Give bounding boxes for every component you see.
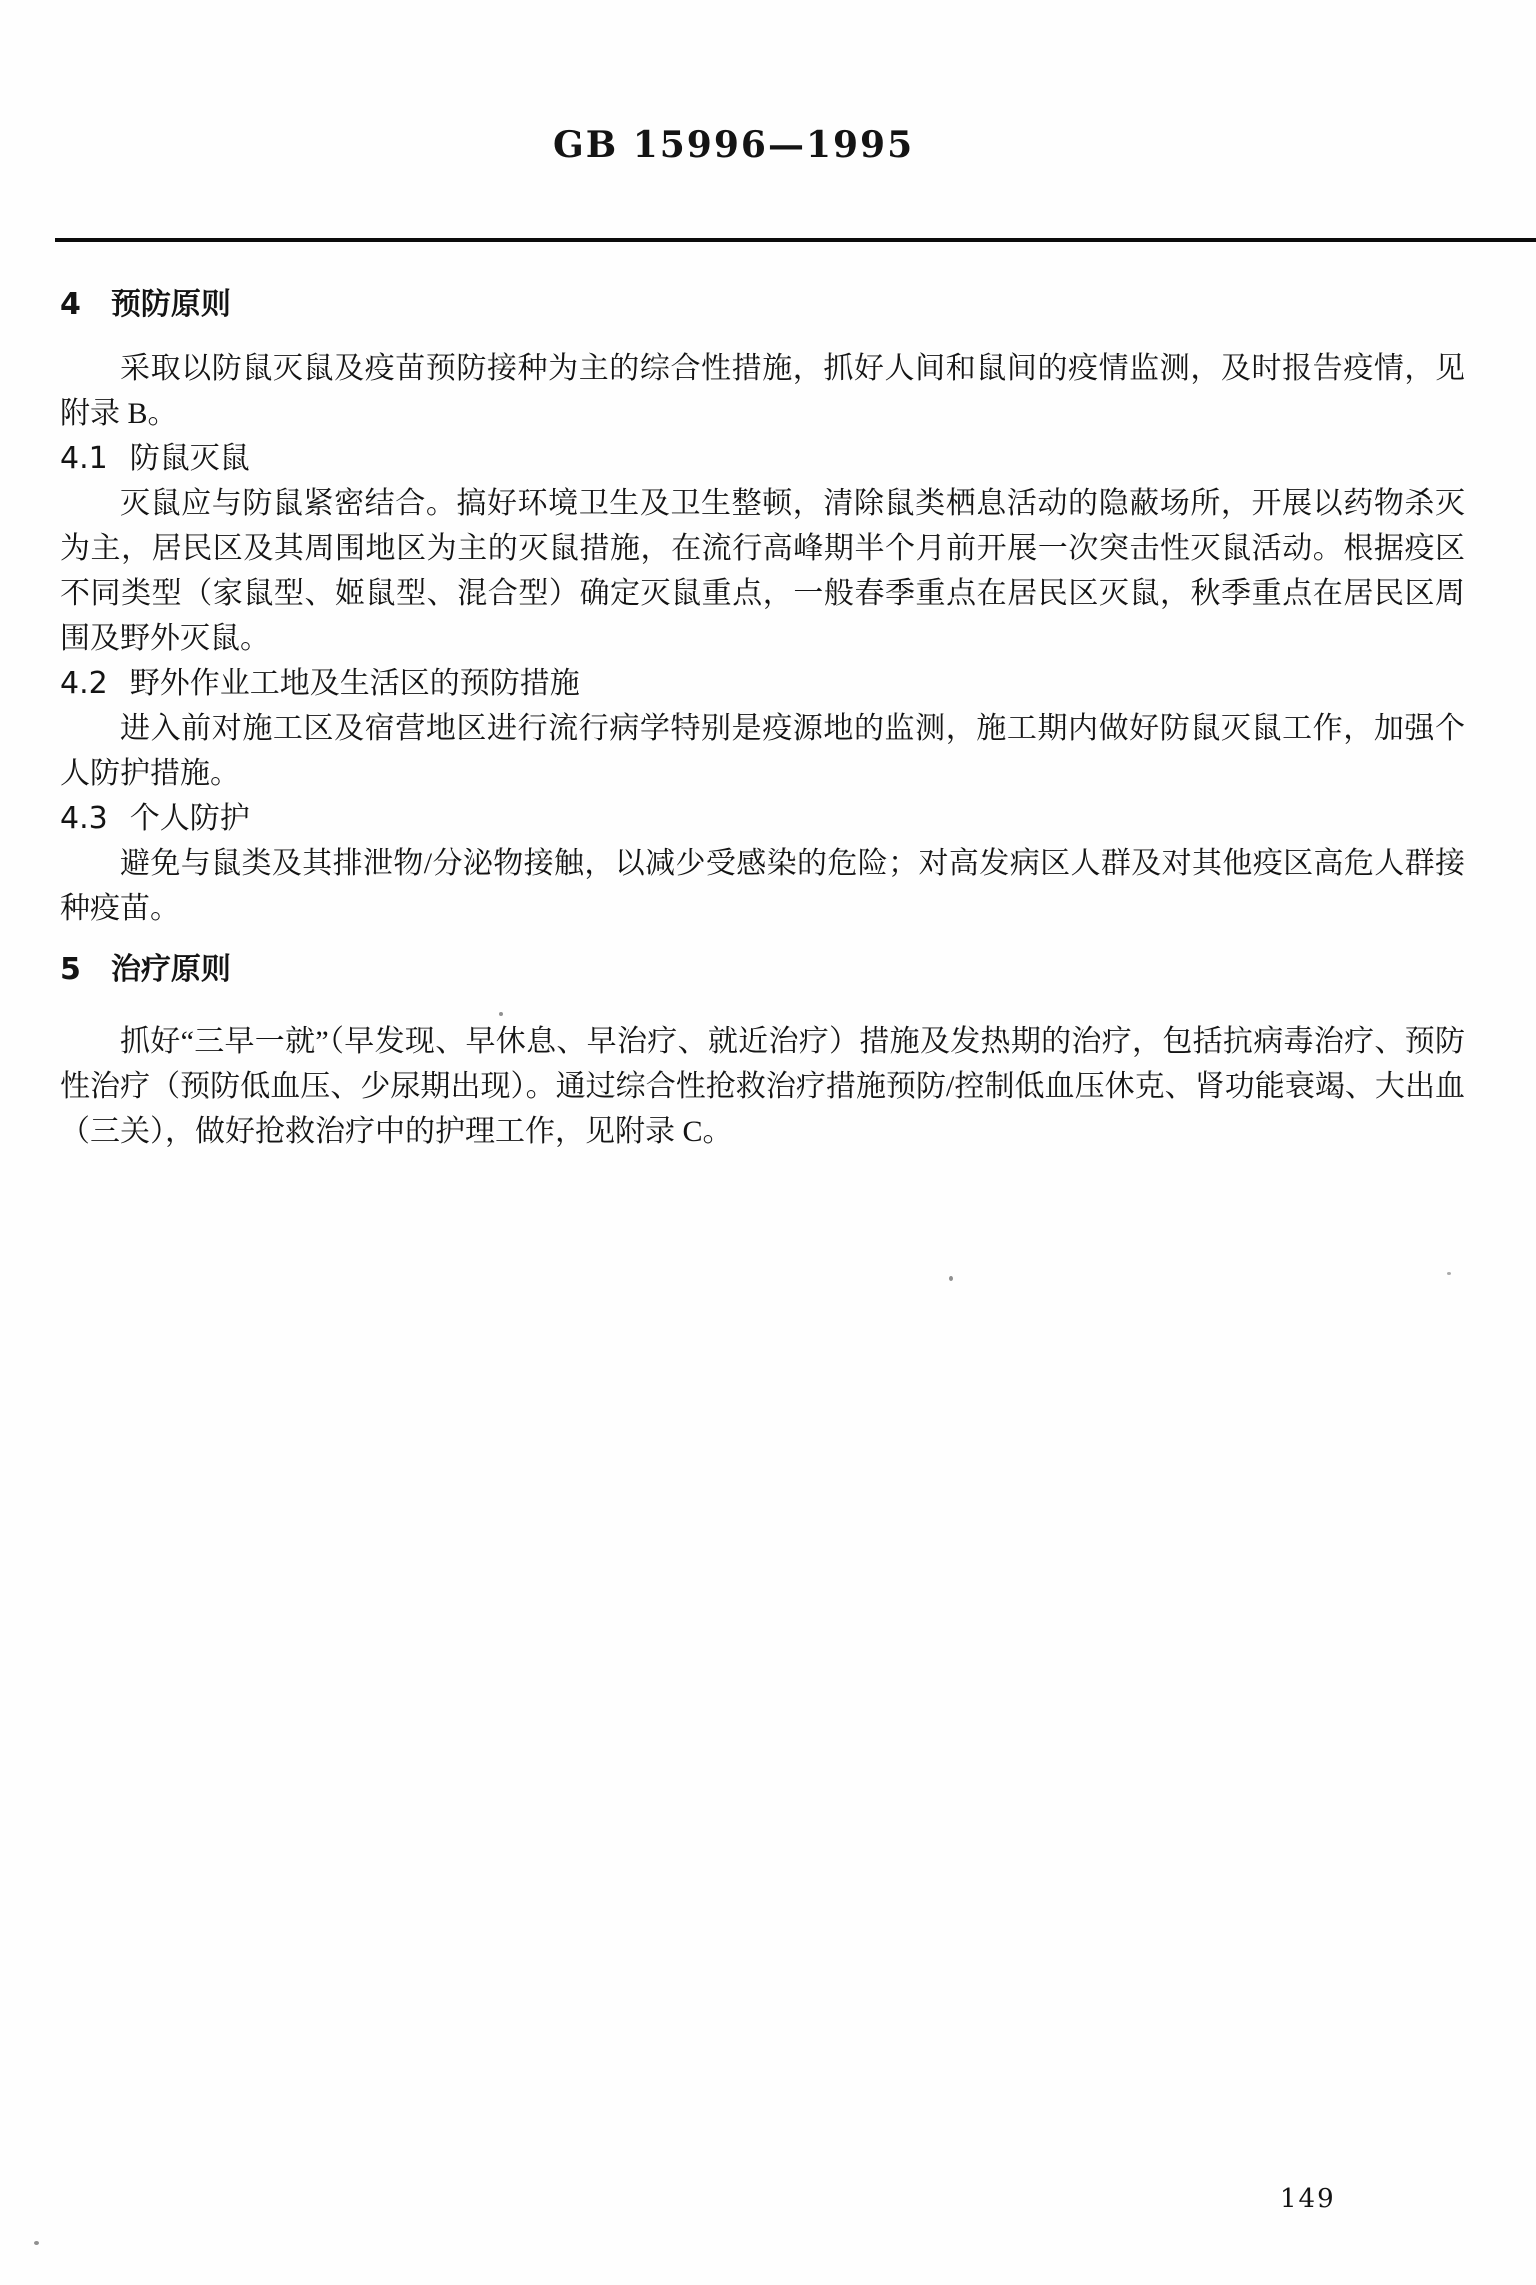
section-4-heading: 4预防原则 — [60, 282, 1465, 327]
section-4-number: 4 — [60, 282, 81, 327]
document-body: 4预防原则 采取以防鼠灭鼠及疫苗预防接种为主的综合性措施，抓好人间和鼠间的疫情监… — [60, 282, 1465, 1154]
section-4-3-heading: 4.3个人防护 — [60, 796, 1465, 841]
scan-artifact-dot — [34, 2241, 39, 2245]
section-4-3-number: 4.3 — [60, 796, 108, 841]
section-5-number: 5 — [60, 947, 81, 992]
scan-artifact-dot — [205, 1096, 208, 1099]
section-5-heading: 5治疗原则 — [60, 947, 1465, 992]
section-4-2-heading: 4.2野外作业工地及生活区的预防措施 — [60, 661, 1465, 706]
section-4-intro-paragraph: 采取以防鼠灭鼠及疫苗预防接种为主的综合性措施，抓好人间和鼠间的疫情监测，及时报告… — [60, 346, 1465, 436]
section-4-2-paragraph: 进入前对施工区及宿营地区进行流行病学特别是疫源地的监测，施工期内做好防鼠灭鼠工作… — [60, 706, 1465, 796]
section-4-2-title: 野外作业工地及生活区的预防措施 — [130, 667, 580, 700]
section-4-1-heading: 4.1防鼠灭鼠 — [60, 436, 1465, 481]
section-4-3-title: 个人防护 — [130, 802, 250, 835]
scan-artifact-dot — [499, 1012, 503, 1016]
scan-artifact-dot — [1447, 1272, 1451, 1275]
scan-artifact-dot — [949, 1276, 953, 1281]
section-4-title: 预防原则 — [111, 288, 231, 321]
section-4-1-title: 防鼠灭鼠 — [130, 442, 250, 475]
section-4-2-number: 4.2 — [60, 661, 108, 706]
section-4-1-paragraph: 灭鼠应与防鼠紧密结合。搞好环境卫生及卫生整顿，清除鼠类栖息活动的隐蔽场所，开展以… — [60, 481, 1465, 661]
page-number: 149 — [1280, 2184, 1336, 2214]
scanned-document-page: GB 15996—1995 4预防原则 采取以防鼠灭鼠及疫苗预防接种为主的综合性… — [0, 0, 1536, 2285]
section-4-3-paragraph: 避免与鼠类及其排泄物/分泌物接触，以减少受感染的危险；对高发病区人群及对其他疫区… — [60, 841, 1465, 931]
section-5-paragraph: 抓好“三早一就”（早发现、早休息、早治疗、就近治疗）措施及发热期的治疗，包括抗病… — [60, 1019, 1465, 1154]
section-4-1-number: 4.1 — [60, 436, 108, 481]
standard-number: GB 15996—1995 — [553, 124, 914, 166]
header-rule — [55, 238, 1536, 242]
section-5-title: 治疗原则 — [111, 953, 231, 986]
